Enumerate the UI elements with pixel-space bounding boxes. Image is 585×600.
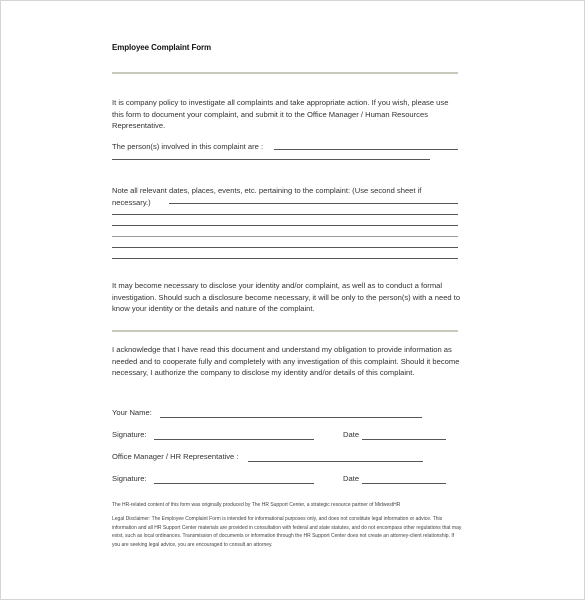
persons-involved-label: The person(s) involved in this complaint… (112, 142, 263, 151)
notes-line-6[interactable] (112, 258, 458, 259)
intro-paragraph: It is company policy to investigate all … (112, 97, 462, 132)
your-name-field[interactable] (160, 417, 422, 418)
title-divider (112, 72, 458, 74)
signature-label-1: Signature: (112, 430, 147, 439)
date-label-1: Date (343, 430, 359, 439)
date-label-2: Date (343, 474, 359, 483)
signature-field-2[interactable] (154, 483, 314, 484)
manager-label: Office Manager / HR Representative : (112, 452, 238, 461)
your-name-label: Your Name: (112, 408, 152, 417)
signature-label-2: Signature: (112, 474, 147, 483)
persons-involved-line-2[interactable] (112, 159, 430, 160)
document-page: Employee Complaint Form It is company po… (0, 0, 585, 600)
form-title: Employee Complaint Form (112, 43, 211, 52)
signature-field-1[interactable] (154, 439, 314, 440)
notes-instructions: Note all relevant dates, places, events,… (112, 185, 462, 208)
notes-line-5[interactable] (112, 247, 458, 248)
notes-line-3[interactable] (112, 225, 458, 226)
notes-line-4[interactable] (112, 236, 458, 237)
acknowledgement-paragraph: I acknowledge that I have read this docu… (112, 344, 462, 379)
date-field-1[interactable] (362, 439, 446, 440)
disclosure-paragraph: It may become necessary to disclose your… (112, 280, 462, 315)
date-field-2[interactable] (362, 483, 446, 484)
notes-line-2[interactable] (112, 214, 458, 215)
section-divider (112, 330, 458, 332)
legal-disclaimer: Legal Disclaimer: The Employee Complaint… (112, 515, 462, 549)
notes-line-1[interactable] (169, 203, 458, 204)
persons-involved-line-1[interactable] (274, 149, 458, 150)
manager-field[interactable] (248, 461, 423, 462)
content-credit: The HR-related content of this form was … (112, 501, 462, 510)
